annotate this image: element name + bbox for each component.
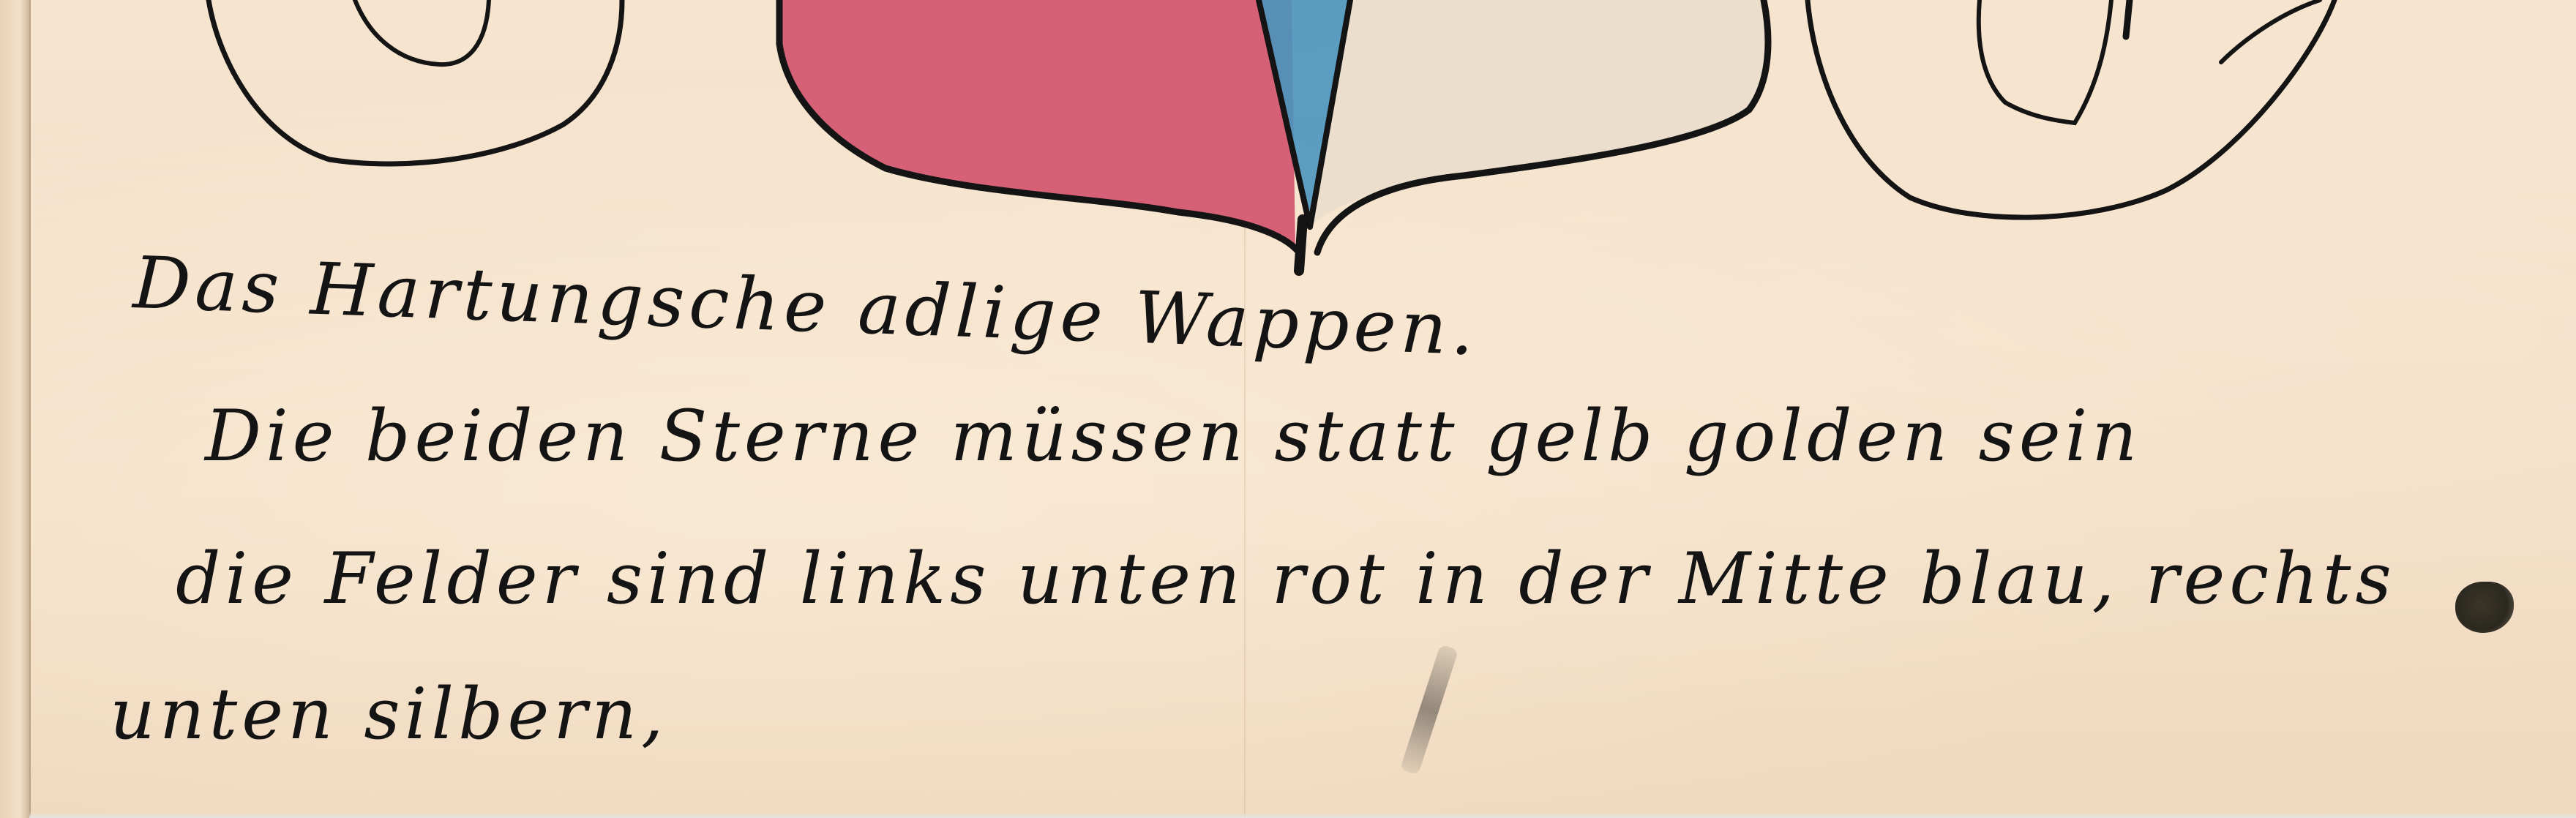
shield-field-red — [779, 0, 1295, 249]
caption-line-stars: Die beiden Sterne müssen statt gelb gold… — [205, 395, 2141, 477]
caption-line-fields: die Felder sind links unten rot in der M… — [176, 538, 2396, 620]
caption-line-silver: unten silbern, — [110, 673, 668, 755]
paper-bottom-edge — [29, 812, 2576, 818]
right-ring-ornament — [1808, 0, 2334, 217]
paper-sheet: Das Hartungsche adlige Wappen. Die beide… — [0, 0, 2576, 818]
shield — [779, 0, 1768, 271]
left-ring-ornament — [209, 0, 622, 164]
